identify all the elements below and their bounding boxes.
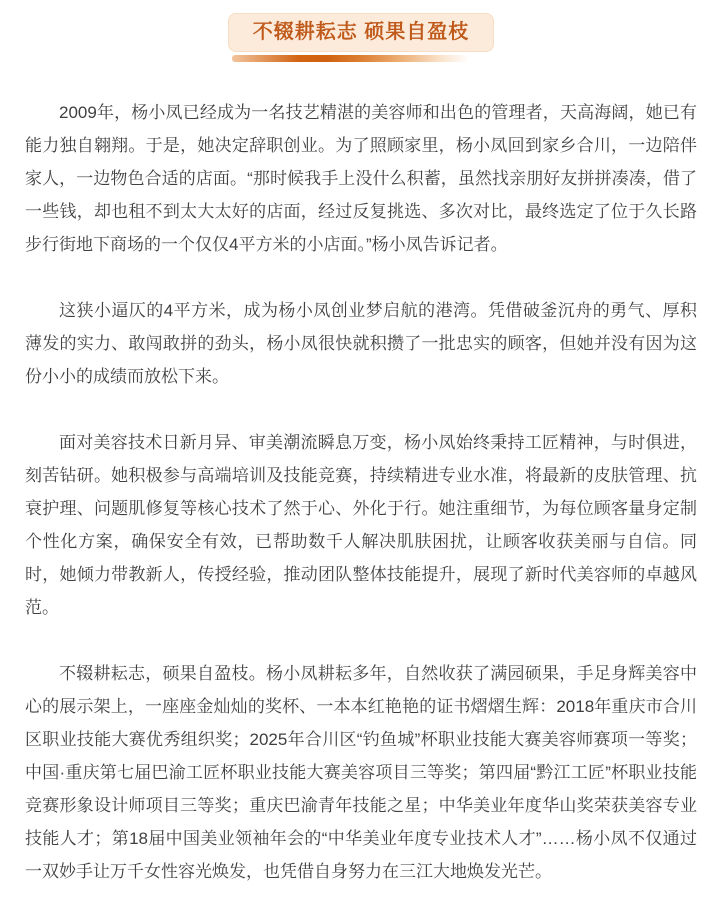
paragraph-founding-story: 2009年，杨小凤已经成为一名技艺精湛的美容师和出色的管理者，天高海阔，她已有能… — [25, 96, 697, 261]
article-body: 2009年，杨小凤已经成为一名技艺精湛的美容师和出色的管理者，天高海阔，她已有能… — [25, 96, 697, 888]
paragraph-awards: 不辍耕耘志，硕果自盈枝。杨小凤耕耘多年，自然收获了满园硕果，手足身辉美容中心的展… — [25, 657, 697, 888]
accent-underline-bar — [232, 55, 469, 62]
title-badge: 不辍耕耘志 硕果自盈枝 — [228, 13, 495, 52]
paragraph-small-shop: 这狭小逼仄的4平方米，成为杨小凤创业梦启航的港湾。凭借破釜沉舟的勇气、厚积薄发的… — [25, 294, 697, 393]
article-header: 不辍耕耘志 硕果自盈枝 — [25, 13, 697, 62]
paragraph-craftsmanship: 面对美容技术日新月异、审美潮流瞬息万变，杨小凤始终秉持工匠精神，与时俱进，刻苦钻… — [25, 426, 697, 624]
article-page: 不辍耕耘志 硕果自盈枝 2009年，杨小凤已经成为一名技艺精湛的美容师和出色的管… — [0, 0, 722, 908]
title-badge-wrap: 不辍耕耘志 硕果自盈枝 — [228, 13, 495, 62]
